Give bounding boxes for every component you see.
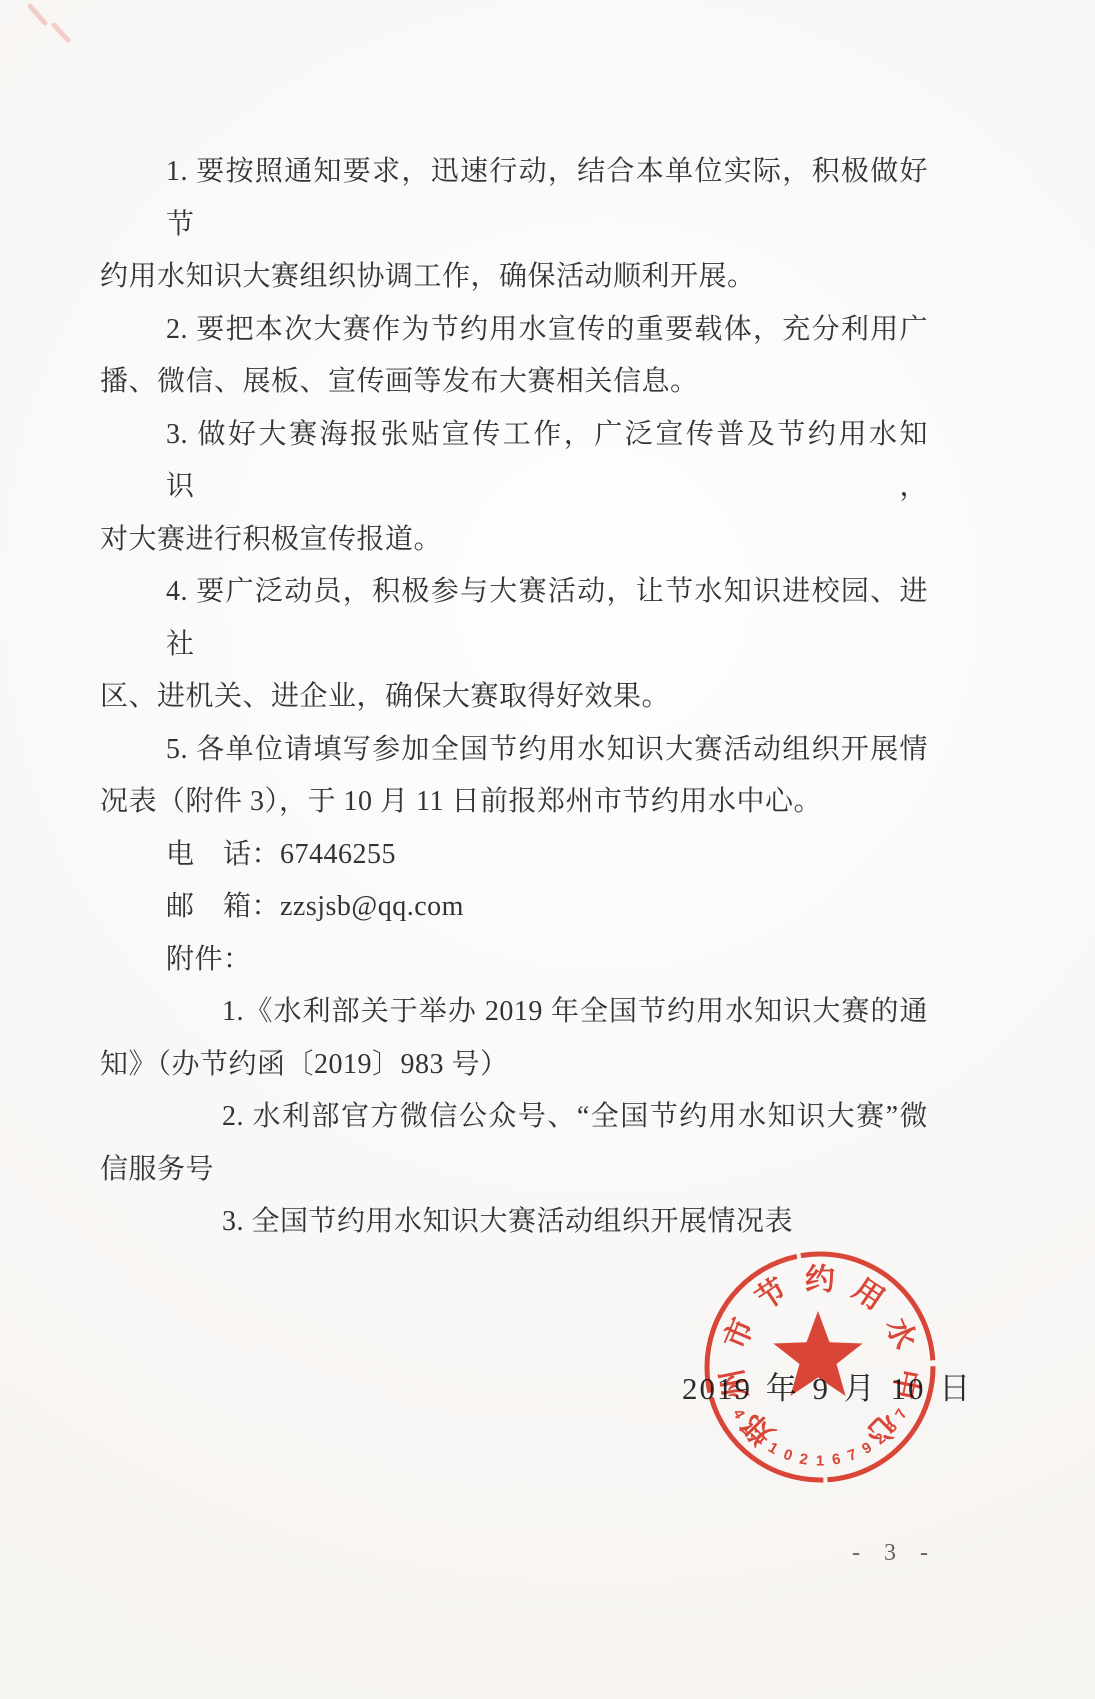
paragraph-line: 播、微信、展板、宣传画等发布大赛相关信息。 bbox=[100, 356, 928, 409]
seal-ring-char: 中 bbox=[886, 1366, 924, 1402]
paragraph-line: 对大赛进行积极宣传报道。 bbox=[100, 514, 928, 567]
seal-ring-char: 节 bbox=[750, 1273, 793, 1317]
seal-serial-digit: 7 bbox=[845, 1446, 859, 1465]
paragraph-line: 5. 各单位请填写参加全国节约用水知识大赛活动组织开展情 bbox=[100, 724, 928, 777]
attachment-item: 信服务号 bbox=[100, 1144, 928, 1197]
seal-serial-digit: 4 bbox=[729, 1406, 748, 1422]
document-body: 1. 要按照通知要求，迅速行动，结合本单位实际，积极做好节 约用水知识大赛组织协… bbox=[100, 146, 928, 1249]
paragraph-line: 2. 要把本次大赛作为节约用水宣传的重要载体，充分利用广 bbox=[100, 304, 928, 357]
pen-mark-stroke bbox=[54, 25, 68, 40]
seal-ring-char: 约 bbox=[805, 1264, 835, 1297]
attachment-item: 1.《水利部关于举办 2019 年全国节约用水知识大赛的通 bbox=[100, 986, 928, 1039]
pen-marks bbox=[10, 0, 130, 70]
seal-serial-digit: 2 bbox=[798, 1451, 809, 1469]
paragraph-line: 1. 要按照通知要求，迅速行动，结合本单位实际，积极做好节 bbox=[100, 146, 928, 251]
seal-serial-digit: 1 bbox=[816, 1453, 824, 1470]
seal-serial-digit: 0 bbox=[781, 1446, 795, 1465]
star-icon bbox=[773, 1311, 862, 1396]
seal-ring-char: 用 bbox=[847, 1273, 890, 1317]
seal-serial-digit: 9 bbox=[859, 1439, 875, 1458]
seal-ring-char: 州 bbox=[716, 1366, 754, 1402]
scanned-document-page: 1. 要按照通知要求，迅速行动，结合本单位实际，积极做好节 约用水知识大赛组织协… bbox=[0, 0, 1095, 1699]
paragraph-line: 3. 做好大赛海报张贴宣传工作，广泛宣传普及节约用水知识， bbox=[100, 409, 928, 514]
official-seal: 郑 州 市 节 约 用 水 中 心 4 1 0 1 0 2 1 6 7 9 2 … bbox=[660, 1205, 980, 1535]
contact-email-line: 邮 箱：zzsjsb@qq.com bbox=[100, 881, 928, 934]
paragraph-line: 约用水知识大赛组织协调工作，确保活动顺利开展。 bbox=[100, 251, 928, 304]
contact-phone-line: 电 话：67446255 bbox=[100, 829, 928, 882]
page-number: - 3 - bbox=[852, 1540, 937, 1567]
attachments-heading: 附件： bbox=[100, 934, 928, 987]
paragraph-line: 区、进机关、进企业，确保大赛取得好效果。 bbox=[100, 671, 928, 724]
attachment-item: 知》（办节约函〔2019〕983 号） bbox=[100, 1039, 928, 1092]
seal-serial-digit: 6 bbox=[831, 1451, 842, 1469]
seal-ring-char: 市 bbox=[719, 1314, 761, 1354]
pen-mark-stroke bbox=[30, 6, 45, 23]
attachment-item: 2. 水利部官方微信公众号、“全国节约用水知识大赛”微 bbox=[100, 1091, 928, 1144]
paragraph-line: 况表（附件 3），于 10 月 11 日前报郑州市节约用水中心。 bbox=[100, 776, 928, 829]
seal-ring-char: 水 bbox=[879, 1314, 921, 1354]
paragraph-line: 4. 要广泛动员，积极参与大赛活动，让节水知识进校园、进社 bbox=[100, 566, 928, 671]
